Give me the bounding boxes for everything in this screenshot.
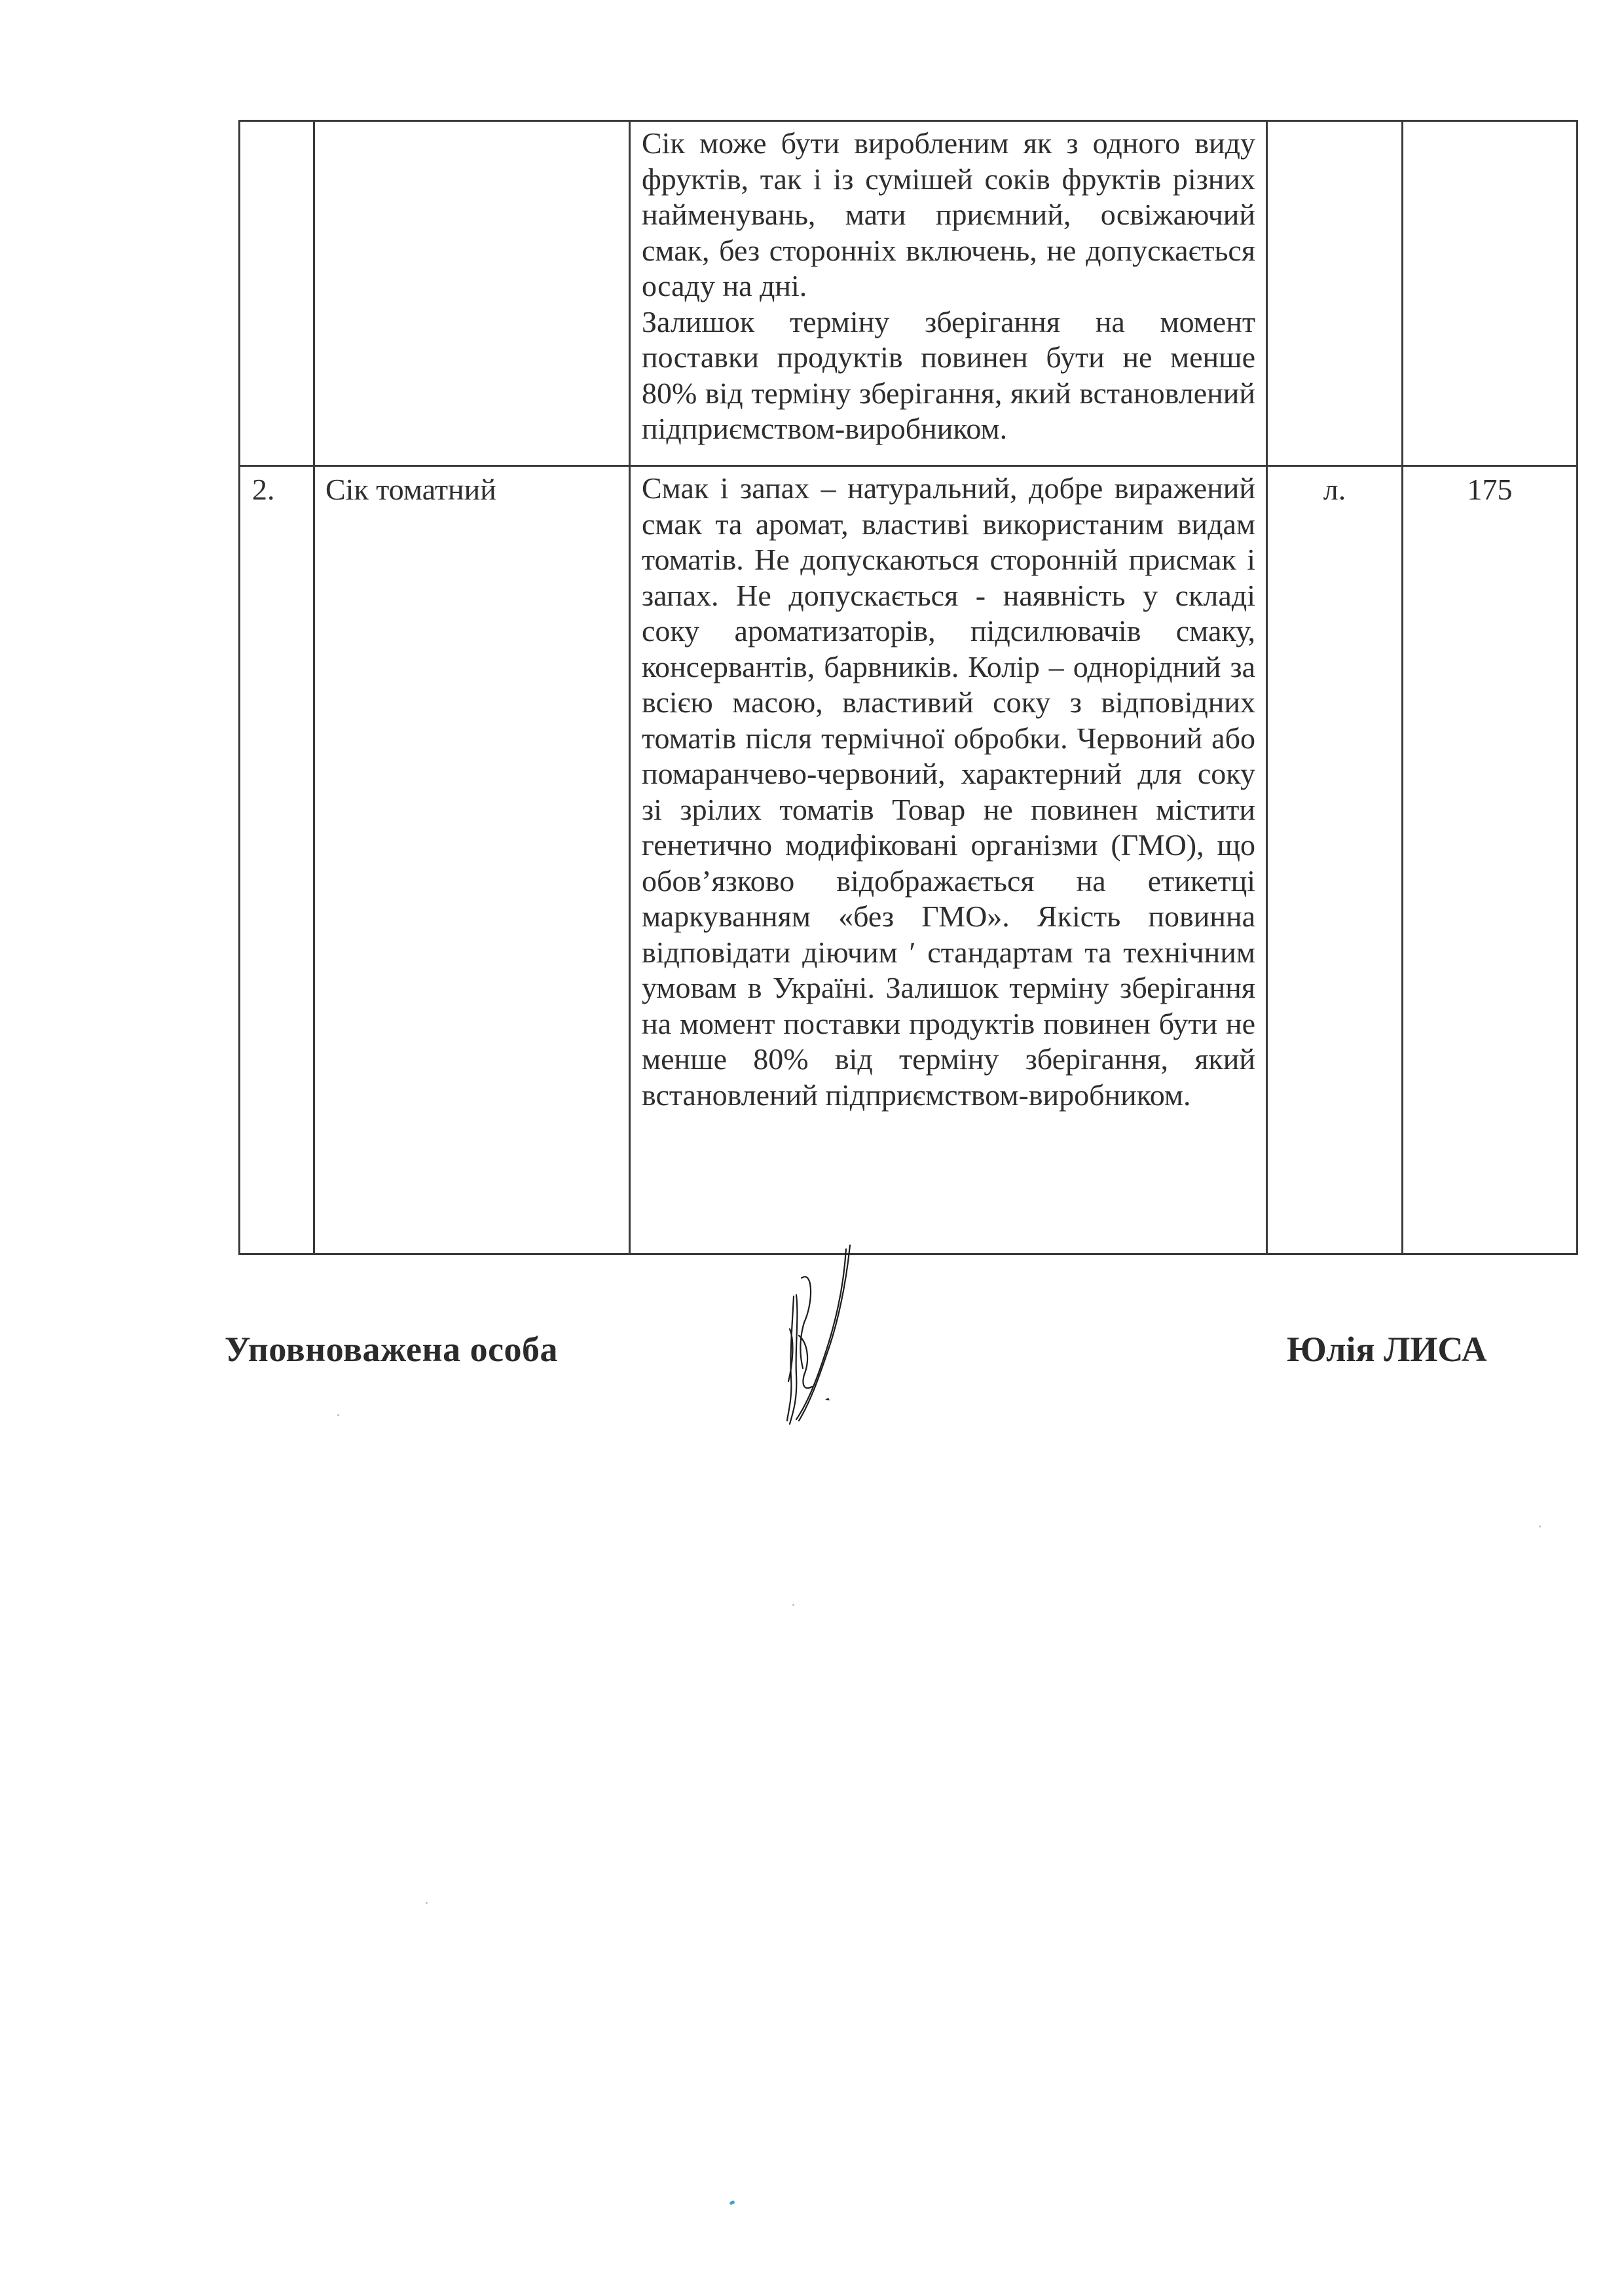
product-description-cell: Сік може бути виробленим як з одного вид… [630,121,1267,466]
scan-dot [1539,1525,1541,1527]
description-paragraph: Смак і запах – натуральний, добре вираже… [642,471,1255,1113]
table-row: Сік може бути виробленим як з одного вид… [240,121,1578,466]
product-name-cell: Сік томатний [314,466,630,1254]
product-spec-table: Сік може бути виробленим як з одного вид… [238,120,1578,1255]
table-row: 2. Сік томатний Смак і запах – натуральн… [240,466,1578,1254]
handwritten-signature-icon [773,1244,884,1440]
quantity-cell: 175 [1403,466,1578,1254]
authorized-person-label: Уповноважена особа [225,1329,558,1370]
scan-dot [337,1414,339,1416]
unit-cell: л. [1267,466,1403,1254]
description-paragraph: Залишок терміну зберігання на момент пос… [642,304,1255,447]
unit-cell [1267,121,1403,466]
scan-dot [792,1604,794,1606]
description-paragraph: Сік може бути виробленим як з одного вид… [642,126,1255,304]
product-description-cell: Смак і запах – натуральний, добре вираже… [630,466,1267,1254]
scan-dot [426,1902,428,1904]
signatory-name: Юлія ЛИСА [1287,1329,1487,1370]
row-number-cell: 2. [240,466,314,1254]
ink-speck [729,2200,735,2206]
row-number-cell [240,121,314,466]
product-name-cell [314,121,630,466]
quantity-cell [1403,121,1578,466]
document-page: Сік може бути виробленим як з одного вид… [0,0,1624,2296]
